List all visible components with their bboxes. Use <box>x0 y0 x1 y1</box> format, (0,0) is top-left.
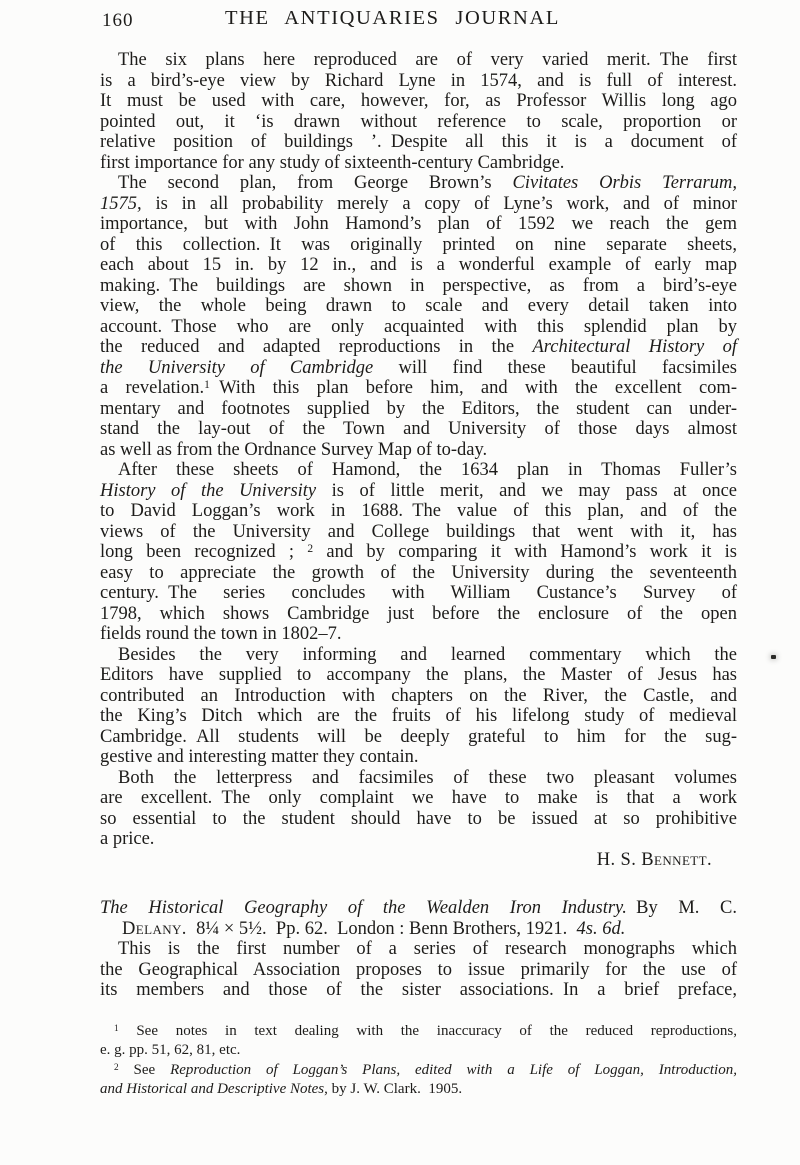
text-line: 2 See Reproduction of Loggan’s Plans, ed… <box>100 1061 737 1081</box>
next-review-heading: The Historical Geography of the Wealden … <box>100 898 737 939</box>
text-line: The Historical Geography of the Wealden … <box>100 898 737 919</box>
text-line: a price. <box>100 829 737 850</box>
text-line: first importance for any study of sixtee… <box>100 153 737 174</box>
text-line: 1798, which shows Cambridge just before … <box>100 604 737 625</box>
text-line: of this collection. It was originally pr… <box>100 235 737 256</box>
scan-speck <box>771 655 776 659</box>
text-line: 1 See notes in text dealing with the ina… <box>100 1022 737 1042</box>
italic-text: 4s. 6d. <box>577 919 626 939</box>
text-line: to David Loggan’s work in 1688. The valu… <box>100 501 737 522</box>
text-line: fields round the town in 1802–7. <box>100 624 737 645</box>
italic-text: Architectural History of <box>532 337 737 357</box>
text-line: pointed out, it ‘is drawn without refere… <box>100 112 737 133</box>
text-line: gestive and interesting matter they cont… <box>100 747 737 768</box>
paragraph-first-number: This is the first number of a series of … <box>100 939 737 1001</box>
text-line: the reduced and adapted reproductions in… <box>100 337 737 358</box>
footnote-marker: 1 <box>204 379 210 391</box>
text-line: It must be used with care, however, for,… <box>100 91 737 112</box>
footnote-marker: 2 <box>307 543 313 555</box>
text-line: its members and those of the sister asso… <box>100 980 737 1001</box>
text-line: and Historical and Descriptive Notes, by… <box>100 1080 737 1100</box>
italic-text: 1575, <box>100 194 142 214</box>
text-line: Editors have supplied to accompany the p… <box>100 665 737 686</box>
page-header: 160 THE ANTIQUARIES JOURNAL <box>0 7 800 39</box>
footnote-marker: 2 <box>114 1063 119 1073</box>
text-line: making. The buildings are shown in persp… <box>100 276 737 297</box>
text-line: are excellent. The only complaint we hav… <box>100 788 737 809</box>
text-line: Delany. 8¼ × 5½. Pp. 62. London : Benn B… <box>100 919 737 940</box>
journal-title: THE ANTIQUARIES JOURNAL <box>0 7 785 30</box>
text-line: a revelation.1 With this plan before him… <box>100 378 737 399</box>
text-line: the King’s Ditch which are the fruits of… <box>100 706 737 727</box>
reviewer-signature: H. S. Bennett. <box>100 850 737 871</box>
text-line: the Geographical Association proposes to… <box>100 960 737 981</box>
paragraph-conclusion: Both the letterpress and facsimiles of t… <box>100 768 737 850</box>
text-line: the University of Cambridge will find th… <box>100 358 737 379</box>
text-line: 1575, is in all probability merely a cop… <box>100 194 737 215</box>
paragraph-second-plan: The second plan, from George Brown’s Civ… <box>100 173 737 460</box>
italic-text: The Historical Geography of the Wealden … <box>100 898 627 918</box>
text-line: Besides the very informing and learned c… <box>100 645 737 666</box>
text-line: The six plans here reproduced are of ver… <box>100 50 737 71</box>
paragraph-six-plans: The six plans here reproduced are of ver… <box>100 50 737 173</box>
italic-text: Reproduction of Loggan’s Plans, edited w… <box>170 1062 737 1078</box>
text-line: century. The series concludes with Willi… <box>100 583 737 604</box>
footnote-block: 1 See notes in text dealing with the ina… <box>100 1022 737 1100</box>
text-line: easy to appreciate the growth of the Uni… <box>100 563 737 584</box>
italic-text: Civitates Orbis Terrarum, <box>512 173 737 193</box>
italic-text: and Historical and Descriptive Notes <box>100 1081 324 1097</box>
text-line: relative position of buildings ’. Despit… <box>100 132 737 153</box>
text-line: importance, but with John Hamond’s plan … <box>100 214 737 235</box>
text-line: as well as from the Ordnance Survey Map … <box>100 440 737 461</box>
text-line: This is the first number of a series of … <box>100 939 737 960</box>
small-caps-text: Delany. <box>122 919 187 939</box>
text-line: e. g. pp. 51, 62, 81, etc. <box>100 1041 737 1061</box>
text-line: The second plan, from George Brown’s Civ… <box>100 173 737 194</box>
paragraph-commentary: Besides the very informing and learned c… <box>100 645 737 768</box>
scanned-journal-page: 160 THE ANTIQUARIES JOURNAL The six plan… <box>0 0 800 1165</box>
text-line: each about 15 in. by 12 in., and is a wo… <box>100 255 737 276</box>
italic-text: the University of Cambridge <box>100 358 373 378</box>
text-line: view, the whole being drawn to scale and… <box>100 296 737 317</box>
text-line: long been recognized ; 2 and by comparin… <box>100 542 737 563</box>
text-line: views of the University and College buil… <box>100 522 737 543</box>
text-line: Both the letterpress and facsimiles of t… <box>100 768 737 789</box>
text-line: account. Those who are only acquainted w… <box>100 317 737 338</box>
text-line: is a bird’s-eye view by Richard Lyne in … <box>100 71 737 92</box>
text-line: After these sheets of Hamond, the 1634 p… <box>100 460 737 481</box>
text-line: so essential to the student should have … <box>100 809 737 830</box>
paragraph-hamond-sheets: After these sheets of Hamond, the 1634 p… <box>100 460 737 645</box>
page-content: The six plans here reproduced are of ver… <box>100 50 737 1100</box>
text-line: stand the lay-out of the Town and Univer… <box>100 419 737 440</box>
text-line: History of the University is of little m… <box>100 481 737 502</box>
small-caps-text: H. S. Bennett. <box>597 850 712 870</box>
text-line: mentary and footnotes supplied by the Ed… <box>100 399 737 420</box>
text-line: Cambridge. All students will be deeply g… <box>100 727 737 748</box>
text-line: H. S. Bennett. <box>100 850 737 871</box>
italic-text: History of the University <box>100 481 316 501</box>
text-line: contributed an Introduction with chapter… <box>100 686 737 707</box>
footnote-marker: 1 <box>114 1024 119 1034</box>
